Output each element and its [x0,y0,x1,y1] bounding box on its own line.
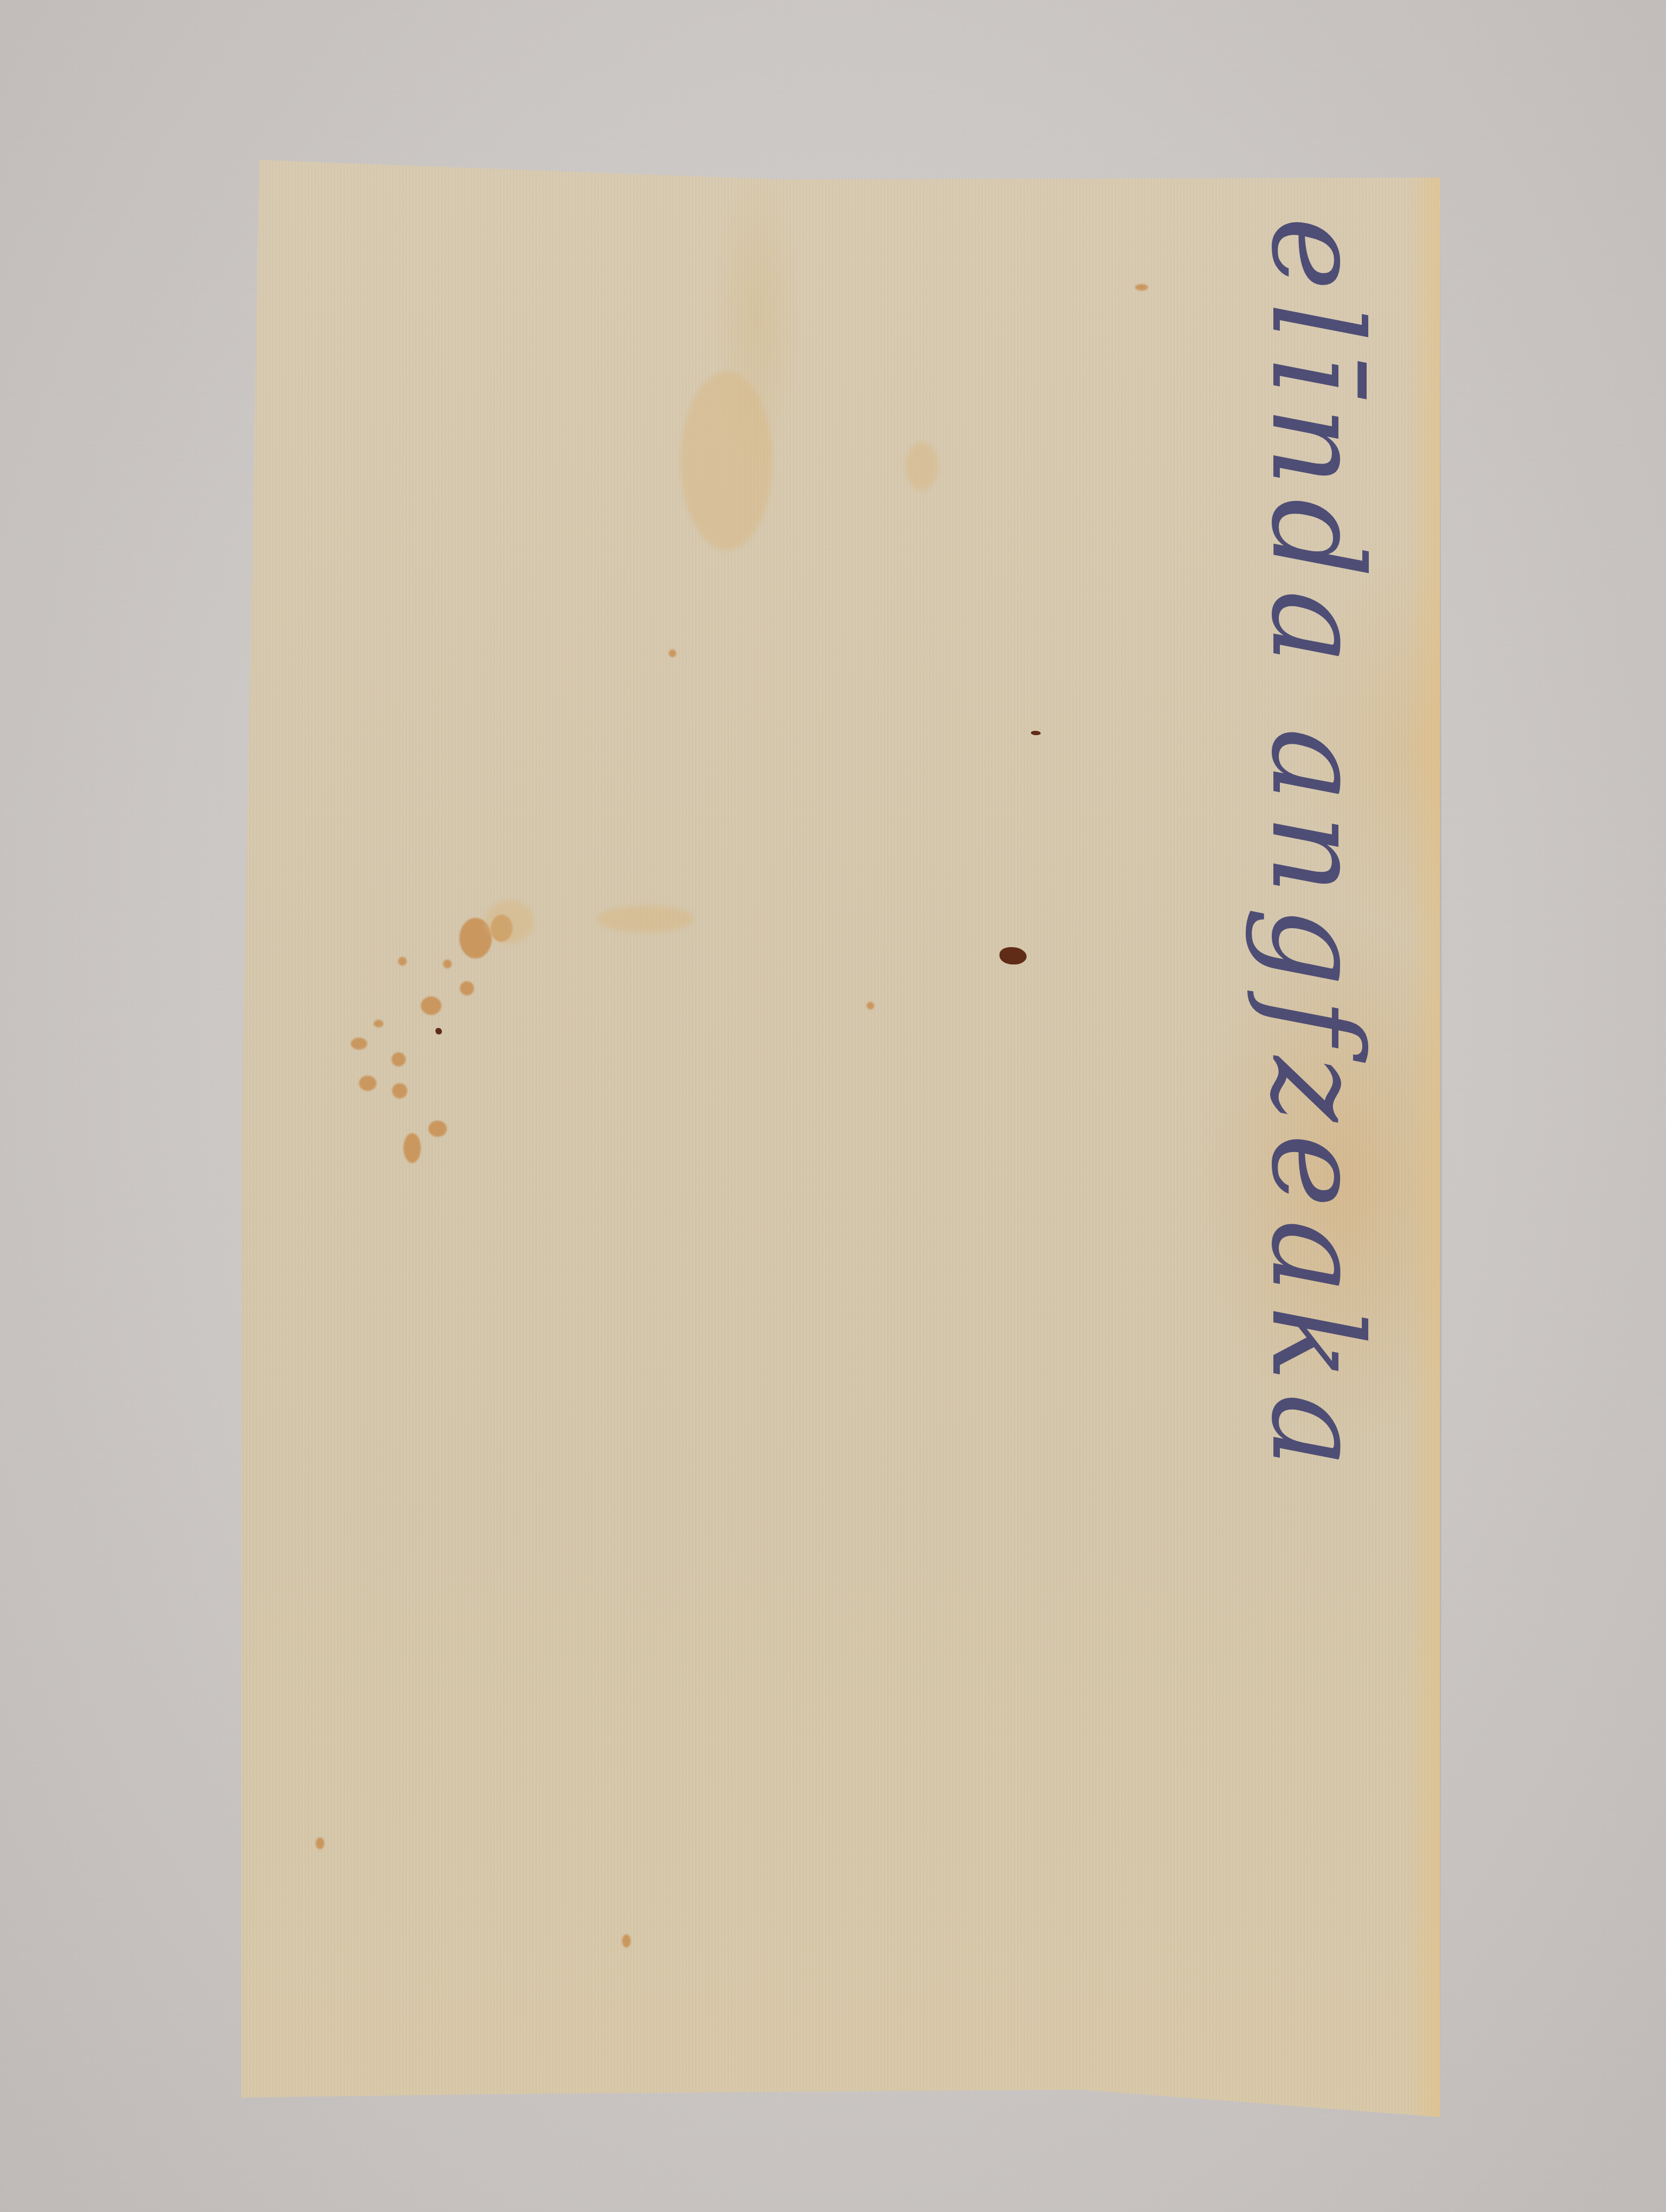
stain-spot [443,960,452,968]
stain-spot [403,1133,421,1163]
stain-spot [867,1002,874,1009]
stain-spot [421,996,441,1015]
stain-spot [316,1837,324,1849]
stain-spot [622,1934,631,1947]
stain-spot [906,442,938,491]
stain-spot [1031,731,1041,735]
stain-spot [374,1020,383,1027]
stain-spot [359,1076,376,1091]
stain-spot [435,1028,442,1034]
stain-spot [460,981,474,995]
stain-spot [669,650,676,657]
stain-spot [398,957,407,966]
stain-spot [681,371,773,550]
photo-scene: elīnda angfzeaka [0,0,1666,2212]
handwritten-note: elīnda angfzeaka [1244,217,1388,1480]
yellowed-edge [1407,160,1440,2117]
stain-spot [428,1121,447,1137]
stain-spot [485,900,534,943]
stain-spot [597,905,694,933]
stain-spot [999,947,1027,964]
stain-spot [351,1038,367,1050]
stain-spot [392,1083,407,1098]
stain-spot [1135,284,1148,291]
stain-spot [392,1052,406,1066]
